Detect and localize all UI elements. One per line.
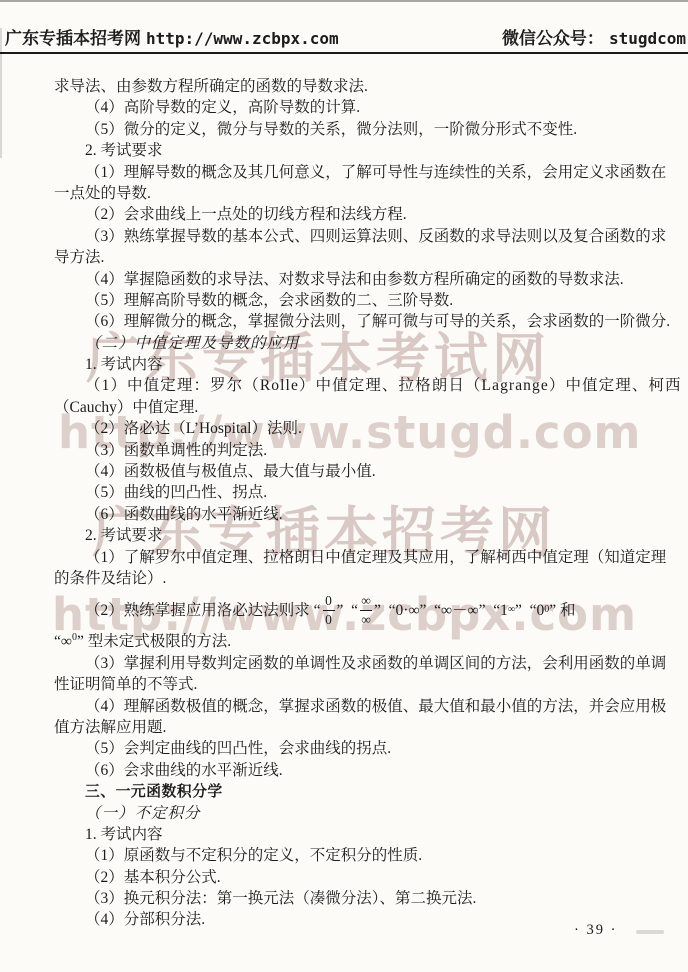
text-line: （1）中值定理：罗尔（Rolle）中值定理、拉格朗日（Lagrange）中值定理…: [54, 375, 642, 396]
text-line: （6）函数曲线的水平渐近线.: [54, 504, 642, 525]
fraction-bar: [360, 610, 372, 611]
section-label: 1. 考试内容: [54, 354, 642, 375]
text-line: （1）理解导数的概念及其几何意义，了解可导性与连续性的关系，会用定义求函数在: [54, 162, 642, 183]
text-line: （3）换元积分法：第一换元法（凑微分法）、第二换元法.: [54, 888, 642, 909]
text-line: （4）掌握隐函数的求导法、对数求导法和由参数方程所确定的函数的导数求法.: [54, 269, 642, 290]
header-left: 广东专插本招考网 http://www.zcbpx.com: [5, 24, 339, 49]
header-site-url: http://www.zcbpx.com: [146, 29, 339, 48]
formula-continuation-line: “∞0” 型未定式极限的方法.: [54, 631, 642, 652]
header-right: 微信公众号： stugdcom: [502, 24, 686, 49]
formula-segment: ” “0: [515, 600, 544, 621]
scan-top-edge-artifact: [0, 0, 688, 2]
text-line: 性证明简单的不等式.: [54, 674, 642, 695]
document-body: 求导法、由参数方程所确定的函数的导数求法. （4）高阶导数的定义，高阶导数的计算…: [54, 76, 642, 931]
chapter-heading: 三、一元函数积分学: [54, 781, 642, 802]
section-label: 1. 考试内容: [54, 824, 642, 845]
text-line: （2）洛必达（L’Hospital）法则.: [54, 418, 642, 439]
section-label: 2. 考试要求: [54, 140, 642, 161]
text-line: （2）基本积分公式.: [54, 867, 642, 888]
text-line: 求导法、由参数方程所确定的函数的导数求法.: [54, 76, 642, 97]
fraction-bar: [323, 610, 335, 611]
header-divider-rule: [0, 52, 688, 54]
text-line: 值方法解应用题.: [54, 717, 642, 738]
fraction-inf-over-inf: ∞ ∞: [360, 594, 372, 626]
fraction-zero-over-zero: 0 0: [323, 594, 335, 626]
text-line: （4）分部积分法.: [54, 909, 642, 930]
text-line: （5）会判定曲线的凹凸性，会求曲线的拐点.: [54, 738, 642, 759]
text-line: （5）微分的定义，微分与导数的关系，微分法则，一阶微分形式不变性.: [54, 119, 642, 140]
text-line: 导方法.: [54, 247, 642, 268]
subsection-heading: （二）中值定理及导数的应用: [54, 333, 642, 354]
header-wechat-label: 微信公众号：: [502, 24, 604, 49]
formula-line: （2）熟练掌握应用洛必达法则求 “ 0 0 ” “ ∞ ∞ ” “0·∞” “∞…: [54, 589, 642, 631]
text-line: （2）会求曲线上一点处的切线方程和法线方程.: [54, 204, 642, 225]
text-line: （1）原函数与不定积分的定义，不定积分的性质.: [54, 845, 642, 866]
text-line: （4）理解函数极值的概念，掌握求函数的极值、最大值和最小值的方法，并会应用极: [54, 696, 642, 717]
section-label: 2. 考试要求: [54, 525, 642, 546]
text-line: （4）函数极值与极值点、最大值与最小值.: [54, 461, 642, 482]
header-wechat-value: stugdcom: [609, 29, 686, 48]
text-line: （5）曲线的凹凸性、拐点.: [54, 482, 642, 503]
text-line: 的条件及结论）.: [54, 568, 642, 589]
text-line: （1）了解罗尔中值定理、拉格朗日中值定理及其应用，了解柯西中值定理（知道定理: [54, 547, 642, 568]
text-line: （3）熟练掌握导数的基本公式、四则运算法则、反函数的求导法则以及复合函数的求: [54, 226, 642, 247]
text-line: （6）会求曲线的水平渐近线.: [54, 760, 642, 781]
formula-prefix: （2）熟练掌握应用洛必达法则求 “: [85, 600, 321, 621]
text-line: （3）函数单调性的判定法.: [54, 440, 642, 461]
formula-segment: ” 和: [549, 600, 575, 621]
text-line: 一点处的导数.: [54, 183, 642, 204]
formula-mid: ” “: [337, 600, 359, 621]
text-line: （Cauchy）中值定理.: [54, 397, 642, 418]
text-line: （6）理解微分的概念，掌握微分法则，了解可微与可导的关系，会求函数的一阶微分.: [54, 311, 642, 332]
scan-left-edge-artifact: [0, 28, 2, 158]
text-line: （4）高阶导数的定义，高阶导数的计算.: [54, 97, 642, 118]
text-line: （5）理解高阶导数的概念，会求函数的二、三阶导数.: [54, 290, 642, 311]
scanned-document-page: 广东专插本招考网 http://www.zcbpx.com 微信公众号： stu…: [0, 0, 688, 972]
subsection-heading: （一）不定积分: [54, 803, 642, 824]
formula-segment: ” “0·∞” “∞－∞” “1: [374, 600, 508, 621]
header-site-name: 广东专插本招考网: [5, 24, 141, 49]
page-header: 广东专插本招考网 http://www.zcbpx.com 微信公众号： stu…: [5, 24, 686, 49]
text-line: （3）掌握利用导数判定函数的单调性及求函数的单调区间的方法，会利用函数的单调: [54, 653, 642, 674]
page-number: · 39 ·: [574, 922, 617, 939]
